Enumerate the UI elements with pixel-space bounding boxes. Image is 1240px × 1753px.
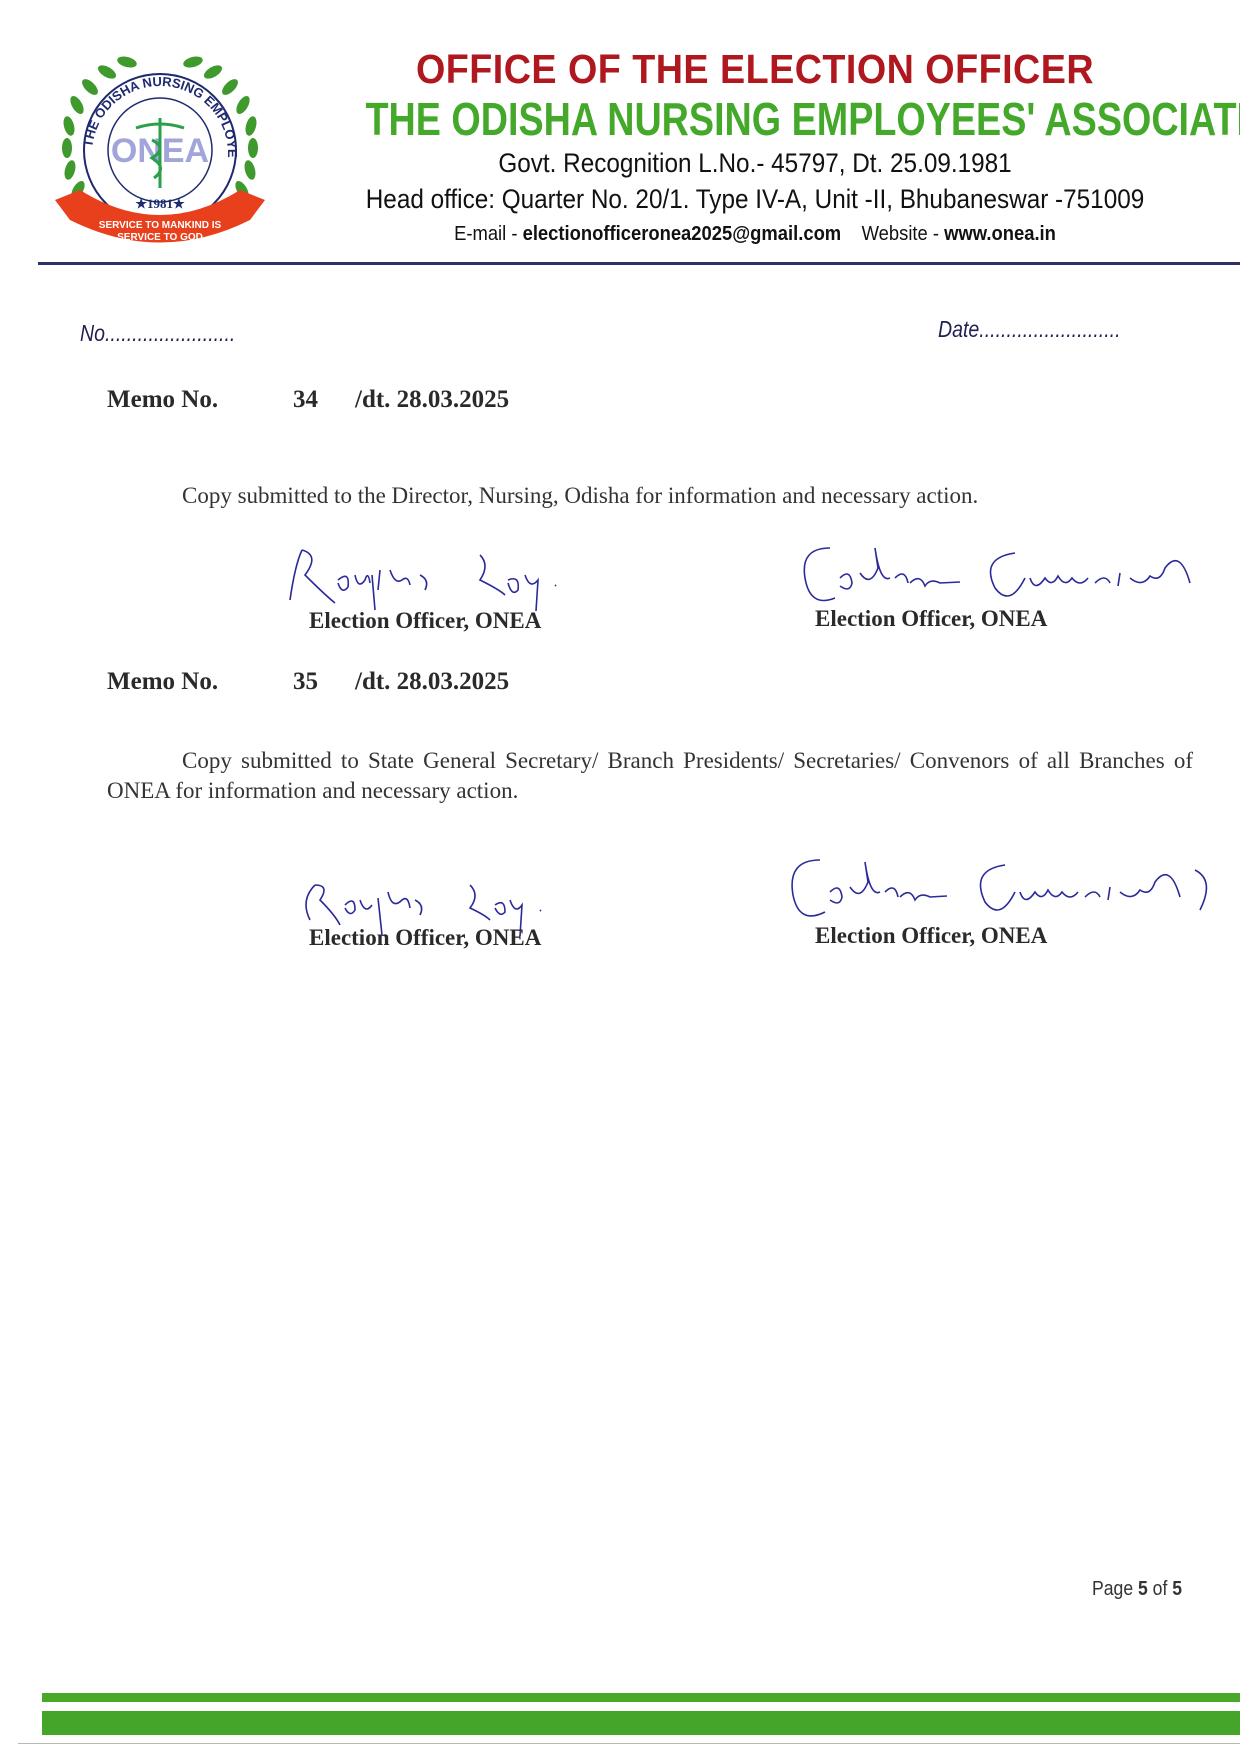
organization-name: THE ODISHA NURSING EMPLOYEES' ASSOCIATIO… <box>366 92 1145 146</box>
head-office-address: Head office: Quarter No. 20/1. Type IV-A… <box>337 184 1174 215</box>
memo-body: Copy submitted to the Director, Nursing,… <box>107 474 1193 518</box>
govt-recognition: Govt. Recognition L.No.- 45797, Dt. 25.0… <box>337 148 1174 179</box>
website-label: Website - <box>862 223 944 245</box>
date-field: Date.......................... <box>938 316 1121 343</box>
memo-number: 35 <box>293 668 355 696</box>
memo-heading: Memo No.35/dt. 28.03.2025 <box>107 668 509 696</box>
memo-date: /dt. 28.03.2025 <box>355 386 509 413</box>
header-divider <box>38 262 1240 265</box>
signature-ranjita-roy <box>280 545 600 615</box>
reference-no-field: No........................ <box>80 320 235 347</box>
signatory-title: Election Officer, ONEA <box>815 923 1047 949</box>
memo-label: Memo No. <box>107 386 293 414</box>
page-edge-line <box>18 1743 1240 1744</box>
website-link[interactable]: www.onea.in <box>944 223 1056 245</box>
memo-date: /dt. 28.03.2025 <box>355 668 509 695</box>
contact-line: E-mail - electionofficeronea2025@gmail.c… <box>327 223 1183 246</box>
email-label: E-mail - <box>454 223 522 245</box>
svg-text:★1981★: ★1981★ <box>135 196 185 211</box>
page-number: Page 5 of 5 <box>1092 1578 1182 1601</box>
memo-heading: Memo No.34/dt. 28.03.2025 <box>107 386 509 414</box>
memo-body: Copy submitted to State General Secretar… <box>107 746 1193 806</box>
footer-bar-thin <box>42 1693 1240 1702</box>
signatory-title: Election Officer, ONEA <box>309 925 541 951</box>
memo-number: 34 <box>293 386 355 414</box>
signatory-title: Election Officer, ONEA <box>309 608 541 634</box>
signatory-title: Election Officer, ONEA <box>815 606 1047 632</box>
svg-text:SERVICE TO MANKIND IS: SERVICE TO MANKIND IS <box>99 220 222 231</box>
svg-text:SERVICE TO GOD: SERVICE TO GOD <box>117 232 203 243</box>
memo-label: Memo No. <box>107 668 293 696</box>
office-title: OFFICE OF THE ELECTION OFFICER <box>327 46 1183 93</box>
email-link[interactable]: electionofficeronea2025@gmail.com <box>523 223 842 245</box>
onea-logo: THE ODISHA NURSING EMPLOYEES' ASSOCIATIO… <box>50 50 270 250</box>
footer-bar-thick <box>42 1711 1240 1735</box>
